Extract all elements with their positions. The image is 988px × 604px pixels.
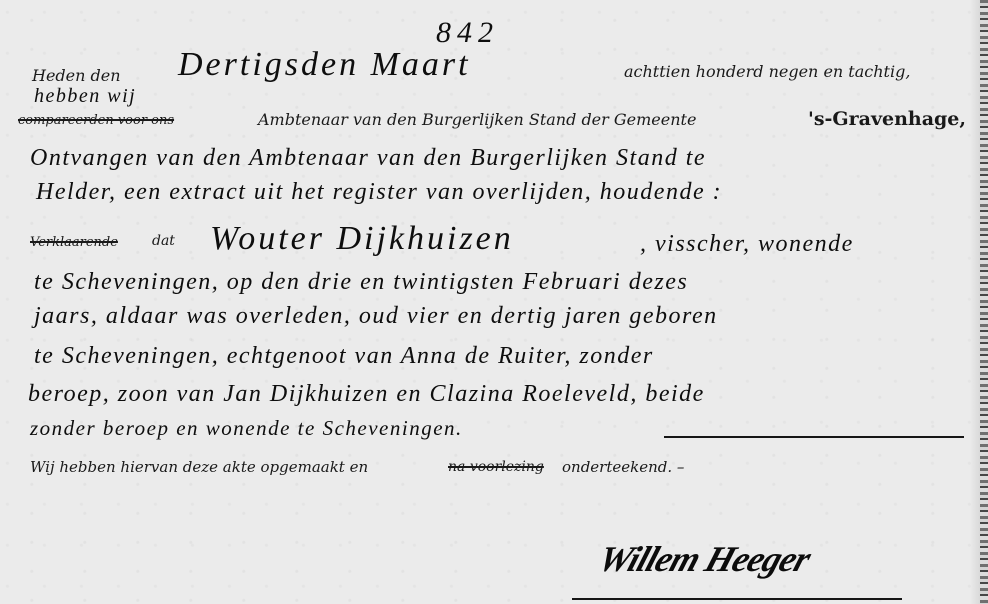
page-edge-shadow xyxy=(970,0,980,604)
line-date: Heden den xyxy=(32,58,121,74)
preprinted-onderteekend: onderteekend. – xyxy=(562,460,684,475)
line-death-date: te Scheveningen, op den drie en twintigs… xyxy=(34,270,688,294)
struck-compareerden: compareerden voor ons xyxy=(18,114,174,127)
line-age: jaars, aldaar was overleden, oud vier en… xyxy=(34,304,718,328)
preprinted-year: achttien honderd negen en tachtig, xyxy=(624,64,910,80)
fill-line xyxy=(664,436,964,438)
official-signature: Willem Heeger xyxy=(593,538,815,580)
occupation-residence: , visscher, wonende xyxy=(640,232,854,256)
line-ontvangen: Ontvangen van den Ambtenaar van den Burg… xyxy=(30,146,706,170)
document-page: 842 Heden den Dertigsden Maart achttien … xyxy=(0,0,988,604)
record-number: 842 xyxy=(436,18,499,48)
line-residence-parents: zonder beroep en wonende te Scheveningen… xyxy=(30,418,463,439)
municipality-name: 's-Gravenhage, xyxy=(808,110,966,129)
preprinted-heden-den: Heden den xyxy=(32,68,121,84)
line-spouse: te Scheveningen, echtgenoot van Anna de … xyxy=(34,344,654,368)
line-helder-extract: Helder, een extract uit het register van… xyxy=(36,180,722,204)
date-day-month: Dertigsden Maart xyxy=(178,48,471,82)
preprinted-dat: dat xyxy=(152,234,175,248)
struck-verklaarende: Verklaarende xyxy=(30,236,118,249)
line-parents: beroep, zoon van Jan Dijkhuizen en Clazi… xyxy=(28,382,705,406)
preprinted-ambtenaar: Ambtenaar van den Burgerlijken Stand der… xyxy=(258,112,696,128)
struck-na-voorlezing: na voorlezing xyxy=(448,460,544,474)
deceased-name: Wouter Dijkhuizen xyxy=(210,222,514,256)
inserted-hebben-wij: hebben wij xyxy=(34,86,136,106)
preprinted-closing: Wij hebben hiervan deze akte opgemaakt e… xyxy=(30,460,368,475)
signature-underline xyxy=(572,598,902,600)
page-binding-edge xyxy=(980,0,988,604)
